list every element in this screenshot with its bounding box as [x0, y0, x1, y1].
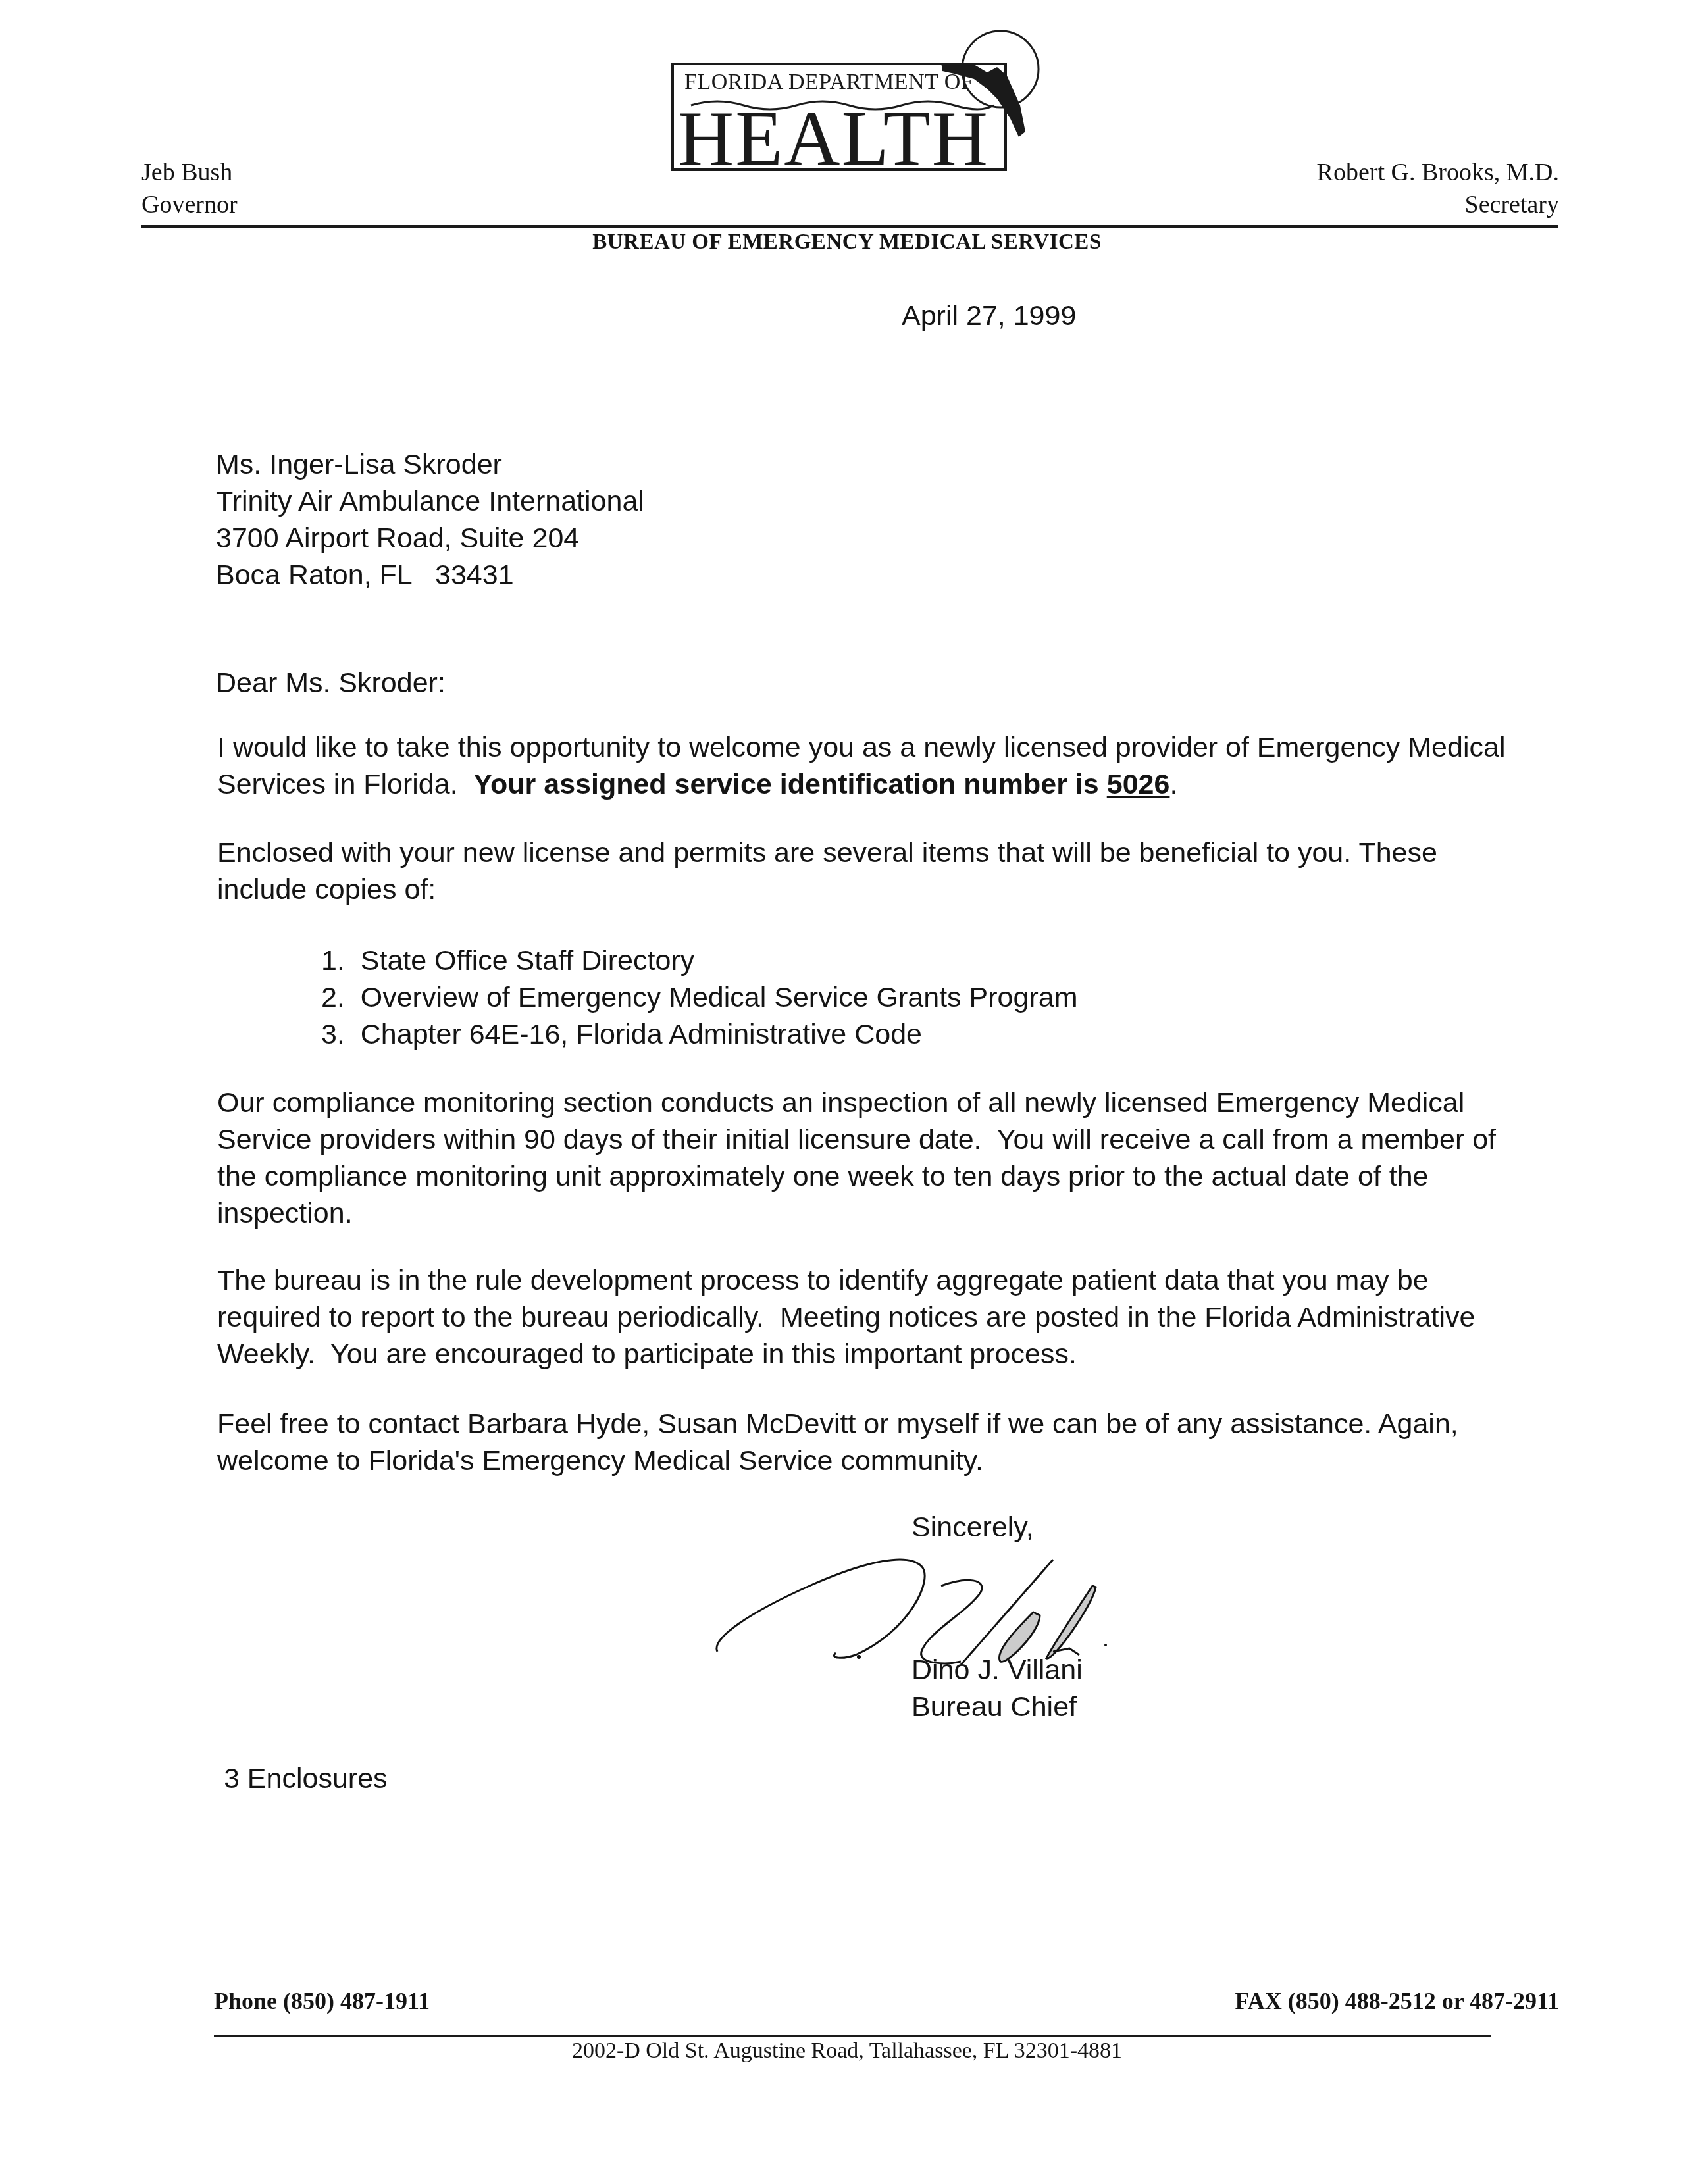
governor-name: Jeb Bush [141, 157, 238, 189]
signer-block: Dino J. Villani Bureau Chief [911, 1652, 1083, 1725]
paragraph-rule-development: The bureau is in the rule development pr… [217, 1262, 1533, 1373]
signer-title: Bureau Chief [911, 1689, 1083, 1725]
footer-divider [214, 2035, 1491, 2037]
secretary-title: Secretary [1317, 189, 1559, 221]
paragraph-contact: Feel free to contact Barbara Hyde, Susan… [217, 1406, 1533, 1479]
enclosure-item: 3. Chapter 64E-16, Florida Administrativ… [321, 1016, 1077, 1053]
recipient-street: 3700 Airport Road, Suite 204 [216, 520, 644, 557]
paragraph-compliance: Our compliance monitoring section conduc… [217, 1084, 1533, 1232]
service-id-number: 5026 [1107, 769, 1170, 800]
footer-address: 2002-D Old St. Augustine Road, Tallahass… [0, 2039, 1694, 2064]
governor-block: Jeb Bush Governor [141, 157, 238, 222]
department-logo: FLORIDA DEPARTMENT OF HEALTH [665, 26, 1060, 178]
secretary-name: Robert G. Brooks, M.D. [1317, 157, 1559, 189]
letter-date: April 27, 1999 [902, 297, 1076, 334]
bureau-heading: BUREAU OF EMERGENCY MEDICAL SERVICES [0, 230, 1694, 255]
signer-name: Dino J. Villani [911, 1652, 1083, 1689]
enclosure-list: 1. State Office Staff Directory 2. Overv… [321, 942, 1077, 1053]
recipient-name: Ms. Inger-Lisa Skroder [216, 446, 644, 483]
governor-title: Governor [141, 189, 238, 221]
recipient-city: Boca Raton, FL 33431 [216, 557, 644, 594]
paragraph-enclosed: Enclosed with your new license and permi… [217, 834, 1533, 908]
recipient-address: Ms. Inger-Lisa Skroder Trinity Air Ambul… [216, 446, 644, 594]
logo-health-text: HEALTH [678, 100, 989, 178]
recipient-organization: Trinity Air Ambulance International [216, 483, 644, 520]
enclosures-note: 3 Enclosures [224, 1760, 388, 1797]
service-id-label: Your assigned service identification num… [474, 769, 1107, 800]
footer-phone: Phone (850) 487-1911 [214, 1987, 430, 2015]
logo-department-text: FLORIDA DEPARTMENT OF [684, 70, 973, 95]
secretary-block: Robert G. Brooks, M.D. Secretary [1317, 157, 1559, 222]
footer-fax: FAX (850) 488-2512 or 487-2911 [1235, 1987, 1559, 2015]
period: . [1169, 769, 1177, 800]
enclosure-item: 1. State Office Staff Directory [321, 942, 1077, 979]
salutation: Dear Ms. Skroder: [216, 665, 446, 701]
header-divider [141, 225, 1558, 228]
enclosure-item: 2. Overview of Emergency Medical Service… [321, 979, 1077, 1016]
paragraph-welcome: I would like to take this opportunity to… [217, 729, 1533, 803]
